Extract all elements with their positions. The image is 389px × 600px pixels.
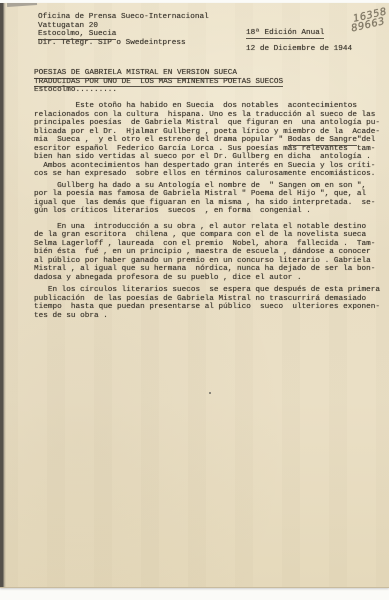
text-run: gún los críticos literarios suecos , en … bbox=[34, 207, 311, 215]
paragraph: En una introducción a su obra , el autor… bbox=[34, 223, 388, 283]
text-run: relacionados con la cultura hispana. Uno… bbox=[34, 111, 375, 119]
typed-line: blicada por el Dr. Hjalmar Gullberg , po… bbox=[34, 128, 388, 137]
paragraph: Este otoño ha habido en Suecia dos notab… bbox=[34, 102, 388, 179]
text-run: Vattugatan 20 bbox=[38, 22, 98, 30]
text-run: Mistral , al igual que su hermana nórdic… bbox=[34, 265, 375, 273]
typed-line: Dir. Telegr. SIP o Swedeintpress bbox=[38, 39, 209, 48]
text-run: publicación de las poesías de Gabriela M… bbox=[34, 295, 366, 303]
corner-smudge bbox=[7, 3, 37, 7]
typed-line: Estocolmo......... bbox=[34, 86, 283, 95]
text-run: de la gran escritora chilena , que compa… bbox=[34, 231, 366, 239]
text-run: principales poesías de Gabriela Mistral … bbox=[34, 119, 380, 127]
text-run: por la poesía mas famosa de Gabriela Mis… bbox=[34, 190, 366, 198]
typed-line: En una introducción a su obra , el autor… bbox=[34, 223, 388, 232]
paragraph: En los círculos literarios suecos se esp… bbox=[34, 286, 388, 320]
typed-line: Selma Lagerloff , laureada con el premio… bbox=[34, 240, 388, 249]
typed-line: dadosa y abnegada profesora de su pueblo… bbox=[34, 274, 388, 283]
letterhead-edition-block: 18ª Edición Anual 12 de Diciembre de 194… bbox=[246, 29, 352, 53]
typed-line: tes de su obra . bbox=[34, 312, 388, 321]
typed-line: En los círculos literarios suecos se esp… bbox=[34, 286, 388, 295]
typed-line: gún los críticos literarios suecos , en … bbox=[34, 207, 388, 216]
text-run: tes de su obra . bbox=[34, 312, 108, 320]
typed-line: Gullberg ha dado a su Antología el nombr… bbox=[34, 182, 388, 191]
body-text: Este otoño ha habido en Suecia dos notab… bbox=[34, 102, 388, 320]
typed-line: Este otoño ha habido en Suecia dos notab… bbox=[34, 102, 388, 111]
edition-line: 18ª Edición Anual bbox=[246, 29, 352, 38]
typed-line: Estocolmo, Suecia bbox=[38, 30, 209, 39]
date-line: 12 de Diciembre de 1944 bbox=[246, 45, 352, 54]
typed-line: bién ésta fué , en un principio , maestr… bbox=[34, 248, 388, 257]
paper-speck bbox=[209, 392, 211, 394]
text-run: al público por haber ganado un premio en… bbox=[34, 257, 371, 265]
text-run: bién ésta fué , en un principio , maestr… bbox=[34, 248, 371, 256]
typed-line: tiempo hasta que puedan presentarse al p… bbox=[34, 303, 388, 312]
typed-line: de la gran escritora chilena , que compa… bbox=[34, 231, 388, 240]
headline-block: POESIAS DE GABRIELA MISTRAL EN VERSION S… bbox=[34, 69, 283, 95]
typed-line: publicación de las poesías de Gabriela M… bbox=[34, 295, 388, 304]
text-run: Ambos acontecimientos han despertado gra… bbox=[34, 162, 375, 170]
typed-line: bien han sido vertidas al sueco por el D… bbox=[34, 153, 388, 162]
paragraph: Gullberg ha dado a su Antología el nombr… bbox=[34, 182, 388, 216]
typed-line: escritor español Federico García Lorca .… bbox=[34, 145, 388, 154]
text-run: dadosa y abnegada profesora de su pueblo… bbox=[34, 274, 302, 282]
typed-line: al público por haber ganado un premio en… bbox=[34, 257, 388, 266]
typed-line: Ambos acontecimientos han despertado gra… bbox=[34, 162, 388, 171]
text-run: tiempo hasta que puedan presentarse al p… bbox=[34, 303, 380, 311]
scanned-document-page: Oficina de Prensa Sueco-InternacionalVat… bbox=[0, 0, 389, 600]
typed-line: por la poesía mas famosa de Gabriela Mis… bbox=[34, 190, 388, 199]
typed-line: Vattugatan 20 bbox=[38, 22, 209, 31]
letterhead-address-block: Oficina de Prensa Sueco-InternacionalVat… bbox=[38, 13, 209, 47]
typed-line: relacionados con la cultura hispana. Uno… bbox=[34, 111, 388, 120]
text-run: Oficina de Prensa Sueco-Internacional bbox=[38, 13, 209, 21]
scan-edge-shadow bbox=[0, 3, 6, 587]
handwritten-archive-numbers: 16358 89663 bbox=[352, 8, 389, 32]
text-run: blicada por el Dr. Hjalmar Gullberg , po… bbox=[34, 128, 380, 136]
typed-line: principales poesías de Gabriela Mistral … bbox=[34, 119, 388, 128]
text-run: escritor español Federico García Lorca .… bbox=[34, 145, 375, 153]
typed-line: cos se han expresado sobre ellos en térm… bbox=[34, 170, 388, 179]
text-run: Selma Lagerloff , laureada con el premio… bbox=[34, 240, 375, 248]
text-run: bien han sido vertidas al sueco por el D… bbox=[34, 153, 371, 161]
typed-line: mia Sueca , y el otro el estreno del dra… bbox=[34, 136, 388, 145]
typed-line: POESIAS DE GABRIELA MISTRAL EN VERSION S… bbox=[34, 69, 283, 78]
text-run: En una introducción a su obra , el autor… bbox=[34, 223, 366, 231]
text-run: mia Sueca , y el otro el estreno del dra… bbox=[34, 136, 288, 144]
paper-sheet: Oficina de Prensa Sueco-InternacionalVat… bbox=[0, 3, 389, 588]
text-run: Gullberg ha dado a su Antología el nombr… bbox=[34, 182, 366, 190]
text-run: "del bbox=[357, 136, 375, 144]
text-run: Estocolmo......... bbox=[34, 86, 117, 94]
text-run: igual que las demás que figuaran en la m… bbox=[34, 199, 375, 207]
typed-line: Mistral , al igual que su hermana nórdic… bbox=[34, 265, 388, 274]
edition-text: 18ª Edición Anual bbox=[246, 29, 324, 39]
text-run: cos se han expresado sobre ellos en térm… bbox=[34, 170, 375, 178]
typed-line: Oficina de Prensa Sueco-Internacional bbox=[38, 13, 209, 22]
text-run: Dir. Telegr. SIP o Swedeintpress bbox=[38, 39, 186, 47]
text-run: Este otoño ha habido en Suecia dos notab… bbox=[34, 102, 357, 110]
text-run: En los círculos literarios suecos se esp… bbox=[34, 286, 380, 294]
typed-line: igual que las demás que figuaran en la m… bbox=[34, 199, 388, 208]
